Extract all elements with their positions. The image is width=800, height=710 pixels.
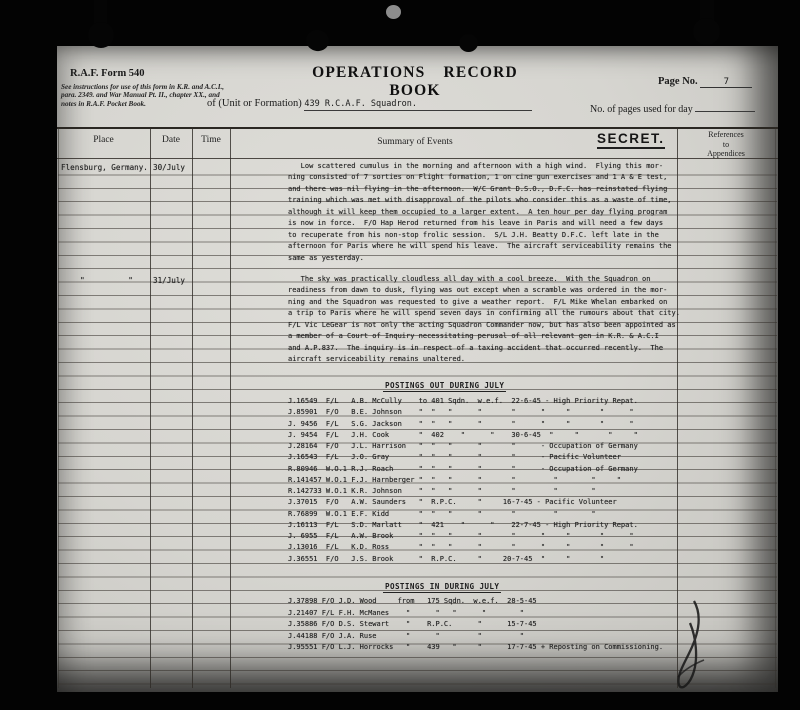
column-header-summary: Summary of Events xyxy=(230,137,600,147)
punch-hole xyxy=(459,34,478,52)
postings-out-title: POSTINGS OUT DURING JULY xyxy=(383,381,506,392)
form-number: R.A.F. Form 540 xyxy=(70,68,145,79)
postings-in-rows: J.37898 F/O J.D. Wood from 175 Sqdn. w.e… xyxy=(288,596,663,654)
scan-background: R.A.F. Form 540 See instructions for use… xyxy=(0,0,800,710)
form-instructions: See instructions for use of this form in… xyxy=(61,83,224,108)
column-header-place: Place xyxy=(57,135,150,145)
pen-flourish-mark xyxy=(666,597,714,693)
postings-out-rows: J.16549 F/L A.B. McCully to 401 Sqdn. w.… xyxy=(288,396,638,565)
punch-hole-mark xyxy=(386,5,401,19)
column-header-date: Date xyxy=(150,135,192,145)
column-header-time: Time xyxy=(192,135,230,145)
entry-summary-text: The sky was practically cloudless all da… xyxy=(288,274,680,366)
punch-hole xyxy=(693,18,720,45)
pages-used-line: No. of pages used for day xyxy=(590,104,755,115)
pages-used-blank xyxy=(695,111,755,112)
page-number-value: 7 xyxy=(700,77,752,88)
table-top-border xyxy=(57,127,778,129)
entry-summary-text: Low scattered cumulus in the morning and… xyxy=(288,161,680,264)
table-header-border xyxy=(57,158,778,159)
page-number: Page No. 7 xyxy=(658,76,752,88)
entry-date: 30/July xyxy=(153,163,185,172)
secret-stamp: SECRET. xyxy=(597,131,665,149)
unit-line: of (Unit or Formation) 439 R.C.A.F. Squa… xyxy=(207,98,532,111)
pages-used-label: No. of pages used for day xyxy=(590,104,693,115)
page-title: OPERATIONS RECORD BOOK xyxy=(280,64,550,100)
unit-value: 439 R.C.A.F. Squadron. xyxy=(304,99,532,111)
column-header-references: References to Appendices xyxy=(677,130,775,159)
page-number-label: Page No. xyxy=(658,76,698,87)
postings-in-title: POSTINGS IN DURING JULY xyxy=(383,582,501,593)
entry-date: 31/July xyxy=(153,276,185,285)
punch-hole xyxy=(88,22,114,48)
entry-place-ditto: " " xyxy=(80,276,133,285)
entry-place: Flensburg, Germany. xyxy=(61,163,148,172)
unit-label: of (Unit or Formation) xyxy=(207,98,302,109)
